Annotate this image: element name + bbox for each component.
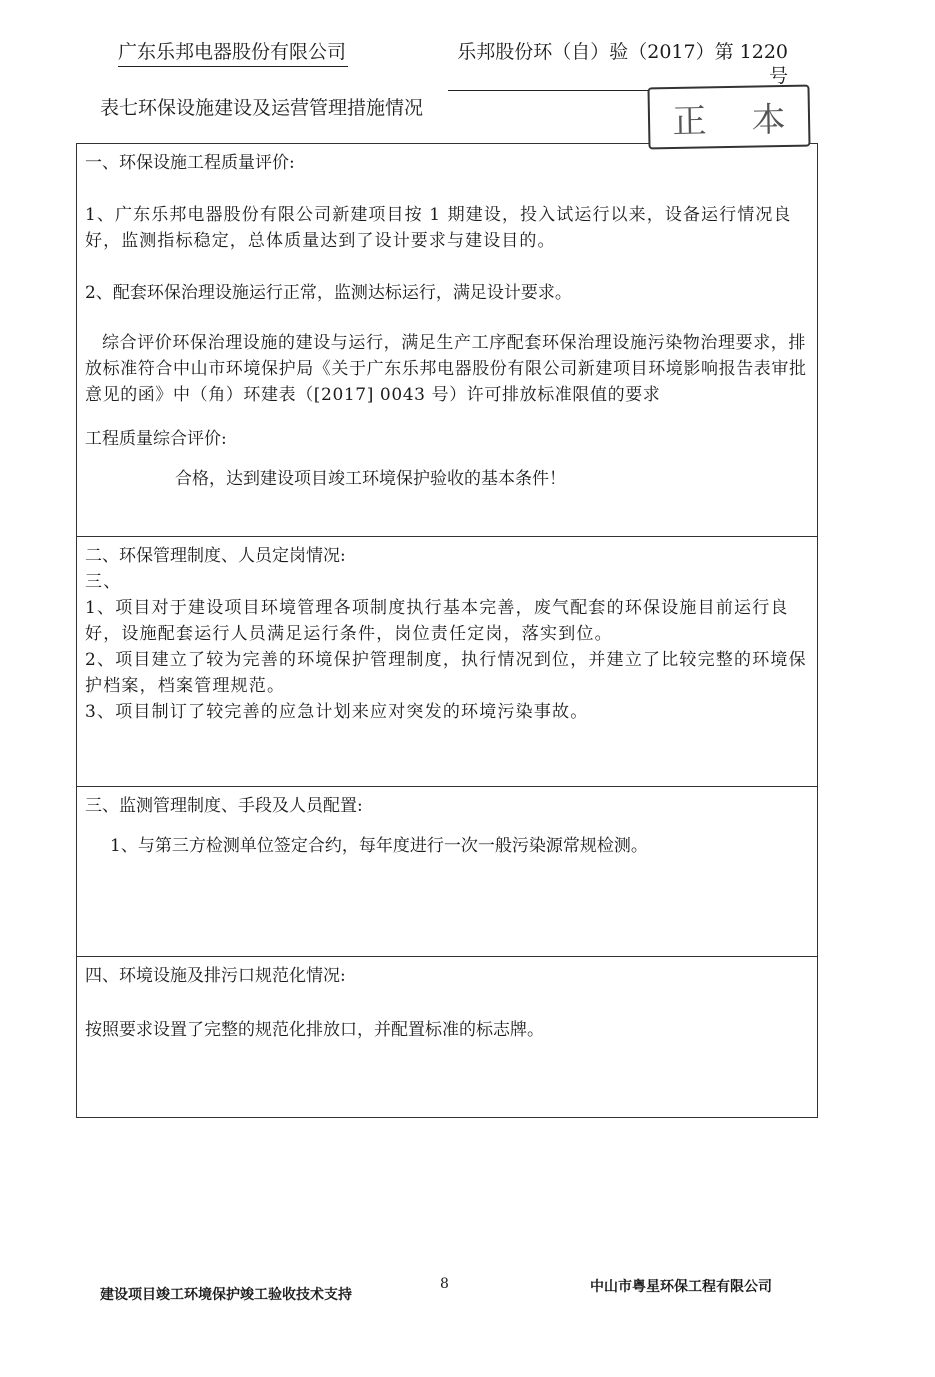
footer-right: 中山市粤星环保工程有限公司 <box>590 1276 772 1296</box>
table-title: 表七环保设施建设及运营管理措施情况 <box>100 95 423 121</box>
stamp-char-2: 本 <box>751 92 786 142</box>
paragraph: 1、项目对于建设项目环境管理各项制度执行基本完善，废气配套的环保设施目前运行良好… <box>85 595 809 647</box>
section-heading: 三、监测管理制度、手段及人员配置: <box>85 793 809 819</box>
section-management-system: 二、环保管理制度、人员定岗情况: 三、 1、项目对于建设项目环境管理各项制度执行… <box>77 536 817 786</box>
header-company: 广东乐邦电器股份有限公司 <box>118 40 348 67</box>
measures-table: 一、环保设施工程质量评价: 1、广东乐邦电器股份有限公司新建项目按 1 期建设，… <box>76 143 818 1118</box>
paragraph: 1、广东乐邦电器股份有限公司新建项目按 1 期建设，投入试运行以来，设备运行情况… <box>85 202 809 254</box>
sub-heading: 工程质量综合评价: <box>85 426 809 452</box>
paragraph: 三、 <box>85 569 809 595</box>
original-copy-stamp: 正 本 <box>647 85 810 150</box>
section-heading: 一、环保设施工程质量评价: <box>85 150 809 176</box>
section-monitoring: 三、监测管理制度、手段及人员配置: 1、与第三方检测单位签定合约，每年度进行一次… <box>77 786 817 956</box>
paragraph: 3、项目制订了较完善的应急计划来应对突发的环境污染事故。 <box>85 699 809 725</box>
header-doc-number: 乐邦股份环（自）验（2017）第 1220 号 <box>448 40 788 91</box>
paragraph: 按照要求设置了完整的规范化排放口，并配置标准的标志牌。 <box>85 1017 809 1043</box>
paragraph: 综合评价环保治理设施的建设与运行，满足生产工序配套环保治理设施污染物治理要求，排… <box>85 330 809 408</box>
page-number: 8 <box>440 1276 449 1292</box>
paragraph: 1、与第三方检测单位签定合约，每年度进行一次一般污染源常规检测。 <box>85 833 809 859</box>
paragraph: 2、项目建立了较为完善的环境保护管理制度，执行情况到位，并建立了比较完整的环境保… <box>85 647 809 699</box>
paragraph: 2、配套环保治理设施运行正常，监测达标运行，满足设计要求。 <box>85 280 809 306</box>
conclusion: 合格，达到建设项目竣工环境保护验收的基本条件！ <box>85 466 809 492</box>
section-quality-evaluation: 一、环保设施工程质量评价: 1、广东乐邦电器股份有限公司新建项目按 1 期建设，… <box>77 144 817 536</box>
section-outfall-standardization: 四、环境设施及排污口规范化情况: 按照要求设置了完整的规范化排放口，并配置标准的… <box>77 956 817 1117</box>
stamp-char-1: 正 <box>672 93 707 143</box>
section-heading: 四、环境设施及排污口规范化情况: <box>85 963 809 989</box>
section-heading: 二、环保管理制度、人员定岗情况: <box>85 543 809 569</box>
footer-left: 建设项目竣工环境保护竣工验收技术支持 <box>100 1284 352 1304</box>
